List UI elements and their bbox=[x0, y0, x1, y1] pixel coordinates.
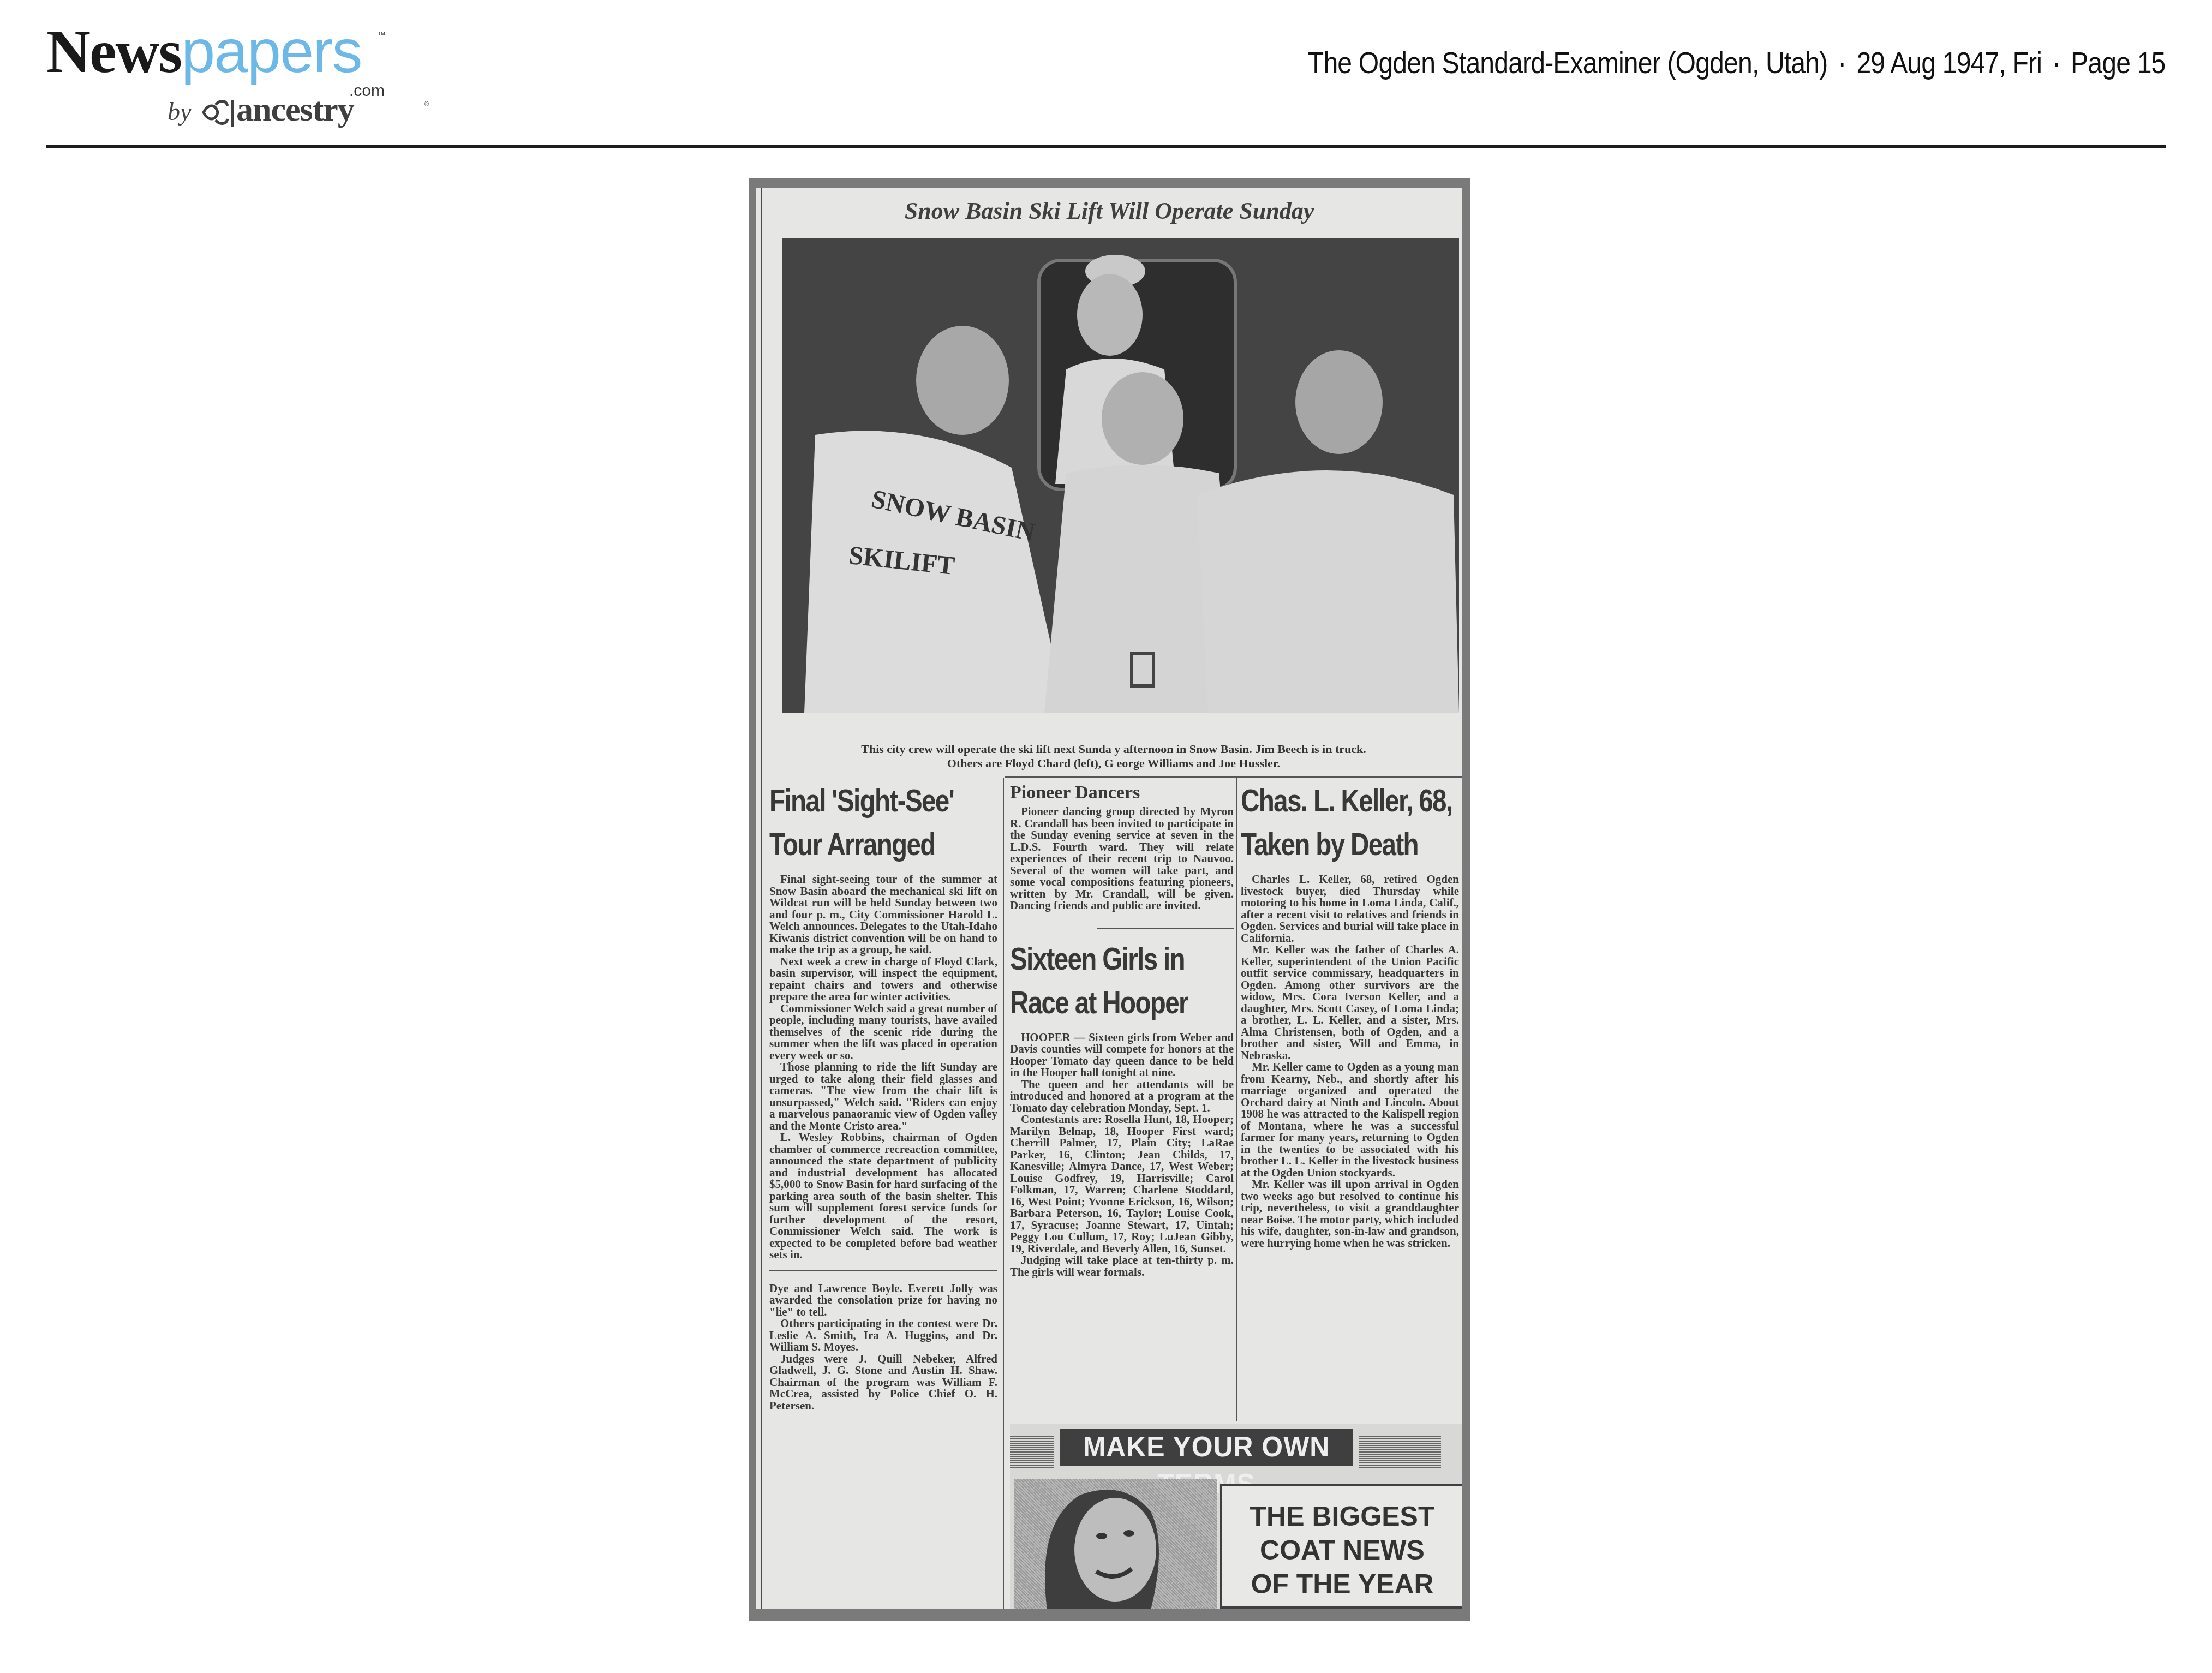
publication-date: 29 Aug 1947, Fri bbox=[1857, 45, 2042, 80]
article-paragraph: HOOPER — Sixteen girls from Weber and Da… bbox=[1010, 1032, 1234, 1079]
article-headline: Race at Hooper bbox=[1010, 984, 1193, 1022]
coat-advertisement: MAKE YOUR OWN TERMS THE BIGGEST COAT NEW… bbox=[1010, 1424, 1462, 1609]
newspaper-clipping-frame: Snow Basin Ski Lift Will Operate Sunday … bbox=[749, 178, 1470, 1621]
ad-woman-portrait bbox=[1014, 1479, 1217, 1609]
article-paragraph: Others participating in the contest were… bbox=[769, 1318, 997, 1353]
article-paragraph: Mr. Keller came to Ogden as a young man … bbox=[1241, 1061, 1459, 1179]
article-paragraph: The queen and her attendants will be int… bbox=[1010, 1079, 1234, 1114]
photo-caption: This city crew will operate the ski lift… bbox=[773, 742, 1455, 770]
separator-dot: · bbox=[1838, 45, 1846, 80]
article-paragraph: Mr. Keller was the father of Charles A. … bbox=[1241, 944, 1459, 1061]
column-divider bbox=[1005, 776, 1462, 778]
caption-line-2: Others are Floyd Chard (left), G eorge W… bbox=[773, 756, 1455, 770]
article-paragraph: Mr. Keller was ill upon arrival in Ogden… bbox=[1241, 1179, 1459, 1249]
newspapers-logo[interactable]: Newspapers ™ .com by ancestry ® bbox=[46, 21, 396, 124]
article-pioneer-dancers: Pioneer Dancers Pioneer dancing group di… bbox=[1010, 782, 1234, 1278]
separator-dot: · bbox=[2052, 45, 2060, 80]
article-headline: Sixteen Girls in bbox=[1010, 940, 1193, 978]
article-paragraph: Contestants are: Rosella Hunt, 18, Hoope… bbox=[1010, 1114, 1234, 1254]
logo-by-text: by bbox=[168, 97, 191, 126]
logo-wordmark: Newspapers bbox=[46, 21, 362, 82]
ad-banner: MAKE YOUR OWN TERMS bbox=[1060, 1429, 1353, 1466]
logo-papers-text: papers bbox=[181, 17, 361, 85]
column-rule bbox=[1236, 778, 1237, 1421]
article-headline: Tour Arranged bbox=[769, 826, 956, 864]
page-number[interactable]: Page 15 bbox=[2071, 45, 2166, 80]
article-headline: Taken by Death bbox=[1241, 826, 1420, 864]
ad-line: OF THE YEAR bbox=[1222, 1567, 1462, 1601]
article-sight-see-tour: Final 'Sight-See' Tour Arranged Final si… bbox=[769, 782, 997, 1412]
trademark-mark: ™ bbox=[377, 31, 386, 40]
article-headline: Pioneer Dancers bbox=[1010, 782, 1234, 804]
article-headline: Chas. L. Keller, 68, bbox=[1241, 782, 1420, 820]
article-divider bbox=[1097, 928, 1234, 929]
article-paragraph: Pioneer dancing group directed by Myron … bbox=[1010, 806, 1234, 912]
column-rule bbox=[1003, 778, 1004, 1609]
clipping-source-info: The Ogden Standard-Examiner (Ogden, Utah… bbox=[1308, 45, 2166, 80]
ancestry-leaf-icon bbox=[199, 97, 235, 128]
article-paragraph: Final sight-seeing tour of the summer at… bbox=[769, 874, 997, 956]
ad-text-box: THE BIGGEST COAT NEWS OF THE YEAR bbox=[1220, 1484, 1462, 1609]
article-paragraph: Charles L. Keller, 68, retired Ogden liv… bbox=[1241, 874, 1459, 944]
photo-headline: Snow Basin Ski Lift Will Operate Sunday bbox=[756, 197, 1462, 225]
ad-decoration bbox=[1010, 1435, 1054, 1468]
article-paragraph: L. Wesley Robbins, chairman of Ogden cha… bbox=[769, 1132, 997, 1261]
article-paragraph: Those planning to ride the lift Sunday a… bbox=[769, 1061, 997, 1132]
caption-line-1: This city crew will operate the ski lift… bbox=[773, 742, 1455, 756]
newspaper-clipping: Snow Basin Ski Lift Will Operate Sunday … bbox=[756, 188, 1462, 1609]
photo-illustration: SNOW BASIN SKILIFT bbox=[782, 238, 1459, 713]
column-rule bbox=[761, 188, 762, 1609]
article-paragraph: Dye and Lawrence Boyle. Everett Jolly wa… bbox=[769, 1283, 997, 1318]
ad-decoration bbox=[1359, 1435, 1441, 1468]
logo-ancestry-text: ancestry bbox=[236, 91, 354, 129]
registered-mark: ® bbox=[424, 100, 429, 108]
crew-photo: SNOW BASIN SKILIFT bbox=[782, 238, 1459, 713]
ad-line: COAT NEWS bbox=[1222, 1533, 1462, 1567]
article-paragraph: Commissioner Welch said a great number o… bbox=[769, 1003, 997, 1062]
article-paragraph: Next week a crew in charge of Floyd Clar… bbox=[769, 956, 997, 1003]
article-paragraph: Judges were J. Quill Nebeker, Alfred Gla… bbox=[769, 1353, 997, 1412]
portrait-illustration bbox=[1014, 1479, 1217, 1609]
publication-name[interactable]: The Ogden Standard-Examiner (Ogden, Utah… bbox=[1308, 45, 1828, 80]
logo-news-text: News bbox=[46, 18, 181, 86]
article-headline: Final 'Sight-See' bbox=[769, 782, 956, 820]
header-divider bbox=[46, 145, 2166, 148]
article-paragraph: Judging will take place at ten-thirty p.… bbox=[1010, 1254, 1234, 1278]
ad-line: THE BIGGEST bbox=[1222, 1499, 1462, 1533]
article-divider bbox=[769, 1270, 997, 1271]
logo-com-text: .com bbox=[349, 82, 385, 100]
article-keller-obituary: Chas. L. Keller, 68, Taken by Death Char… bbox=[1241, 782, 1459, 1249]
